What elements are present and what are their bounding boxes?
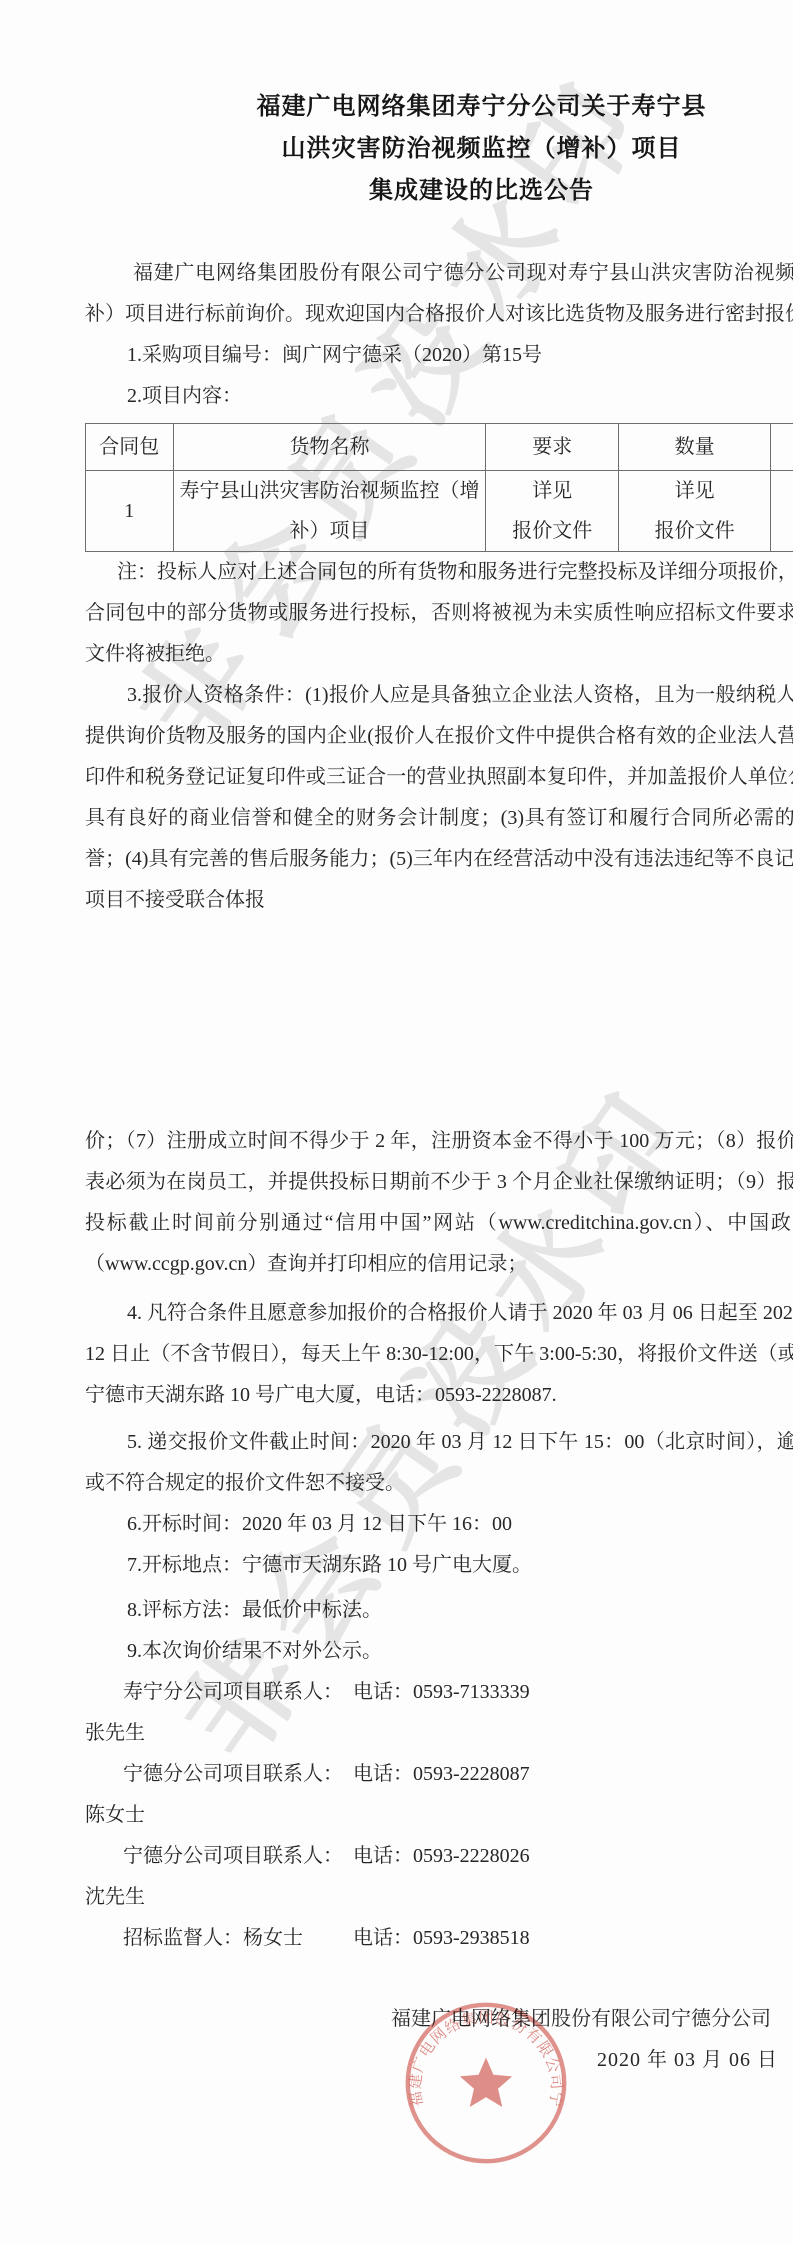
contact-row-ningde-chen: 宁德分公司项目联系人：陈女士 电话：0593-2228087: [85, 1754, 793, 1836]
seal-star-icon: [460, 2058, 512, 2107]
header-contract-package: 合同包: [86, 424, 174, 471]
title-line-2: 山洪灾害防治视频监控（增补）项目: [85, 128, 793, 170]
item-result-publicity: 9.本次询价结果不对外公示。: [85, 1631, 793, 1672]
item-bid-opening-place: 7.开标地点：宁德市天湖东路 10 号广电大厦。: [85, 1545, 793, 1586]
contact-phone: 电话：0593-2228026: [353, 1836, 793, 1918]
cell-quantity: 详见 报价文件: [619, 471, 771, 552]
contact-row-supervisor: 招标监督人：杨女士 电话：0593-2938518: [85, 1918, 793, 1959]
contact-label: 招标监督人：杨女士: [85, 1918, 353, 1959]
contact-phone: 电话：0593-7133339: [353, 1672, 793, 1754]
contact-row-shouning: 寿宁分公司项目联系人：张先生 电话：0593-7133339: [85, 1672, 793, 1754]
company-seal-stamp: 福建广电网络集团股份有限公司宁德分公司: [398, 1995, 574, 2171]
header-quantity: 数量: [619, 424, 771, 471]
contact-phone: 电话：0593-2228087: [353, 1754, 793, 1836]
document-title: 福建广电网络集团寿宁分公司关于寿宁县 山洪灾害防治视频监控（增补）项目 集成建设…: [85, 0, 793, 212]
header-goods-name: 货物名称: [173, 424, 486, 471]
table-note: 注：投标人应对上述合同包的所有货物和服务进行完整投标及详细分项报价，不得仅对合同…: [85, 552, 793, 675]
document-content: 福建广电网络集团寿宁分公司关于寿宁县 山洪灾害防治视频监控（增补）项目 集成建设…: [85, 0, 793, 2081]
project-content-table: 合同包 货物名称 要求 数量 备注 1 寿宁县山洪灾害防治视频监控（增补）项目 …: [85, 423, 793, 552]
document-page: 非会员没水印 非会员没水印 福建广电网络集团寿宁分公司关于寿宁县 山洪灾害防治视…: [0, 0, 793, 2242]
cell-contract-package: 1: [86, 471, 174, 552]
cell-remark: [771, 471, 793, 552]
item-evaluation-method: 8.评标方法：最低价中标法。: [85, 1590, 793, 1631]
contact-row-ningde-shen: 宁德分公司项目联系人：沈先生 电话：0593-2228026: [85, 1836, 793, 1918]
cell-goods-name: 寿宁县山洪灾害防治视频监控（增补）项目: [173, 471, 486, 552]
cell-requirement: 详见 报价文件: [486, 471, 619, 552]
contact-label: 寿宁分公司项目联系人：张先生: [85, 1672, 353, 1754]
contact-label: 宁德分公司项目联系人：陈女士: [85, 1754, 353, 1836]
item-qualifications-part2: 价；（7）注册成立时间不得少于 2 年，注册资本金不得小于 100 万元；（8）…: [85, 1121, 793, 1285]
title-line-3: 集成建设的比选公告: [85, 170, 793, 212]
item-bid-opening-time: 6.开标时间：2020 年 03 月 12 日下午 16：00: [85, 1504, 793, 1545]
header-requirement: 要求: [486, 424, 619, 471]
item-qualifications-part1: 3.报价人资格条件：(1)报价人应是具备独立企业法人资格，且为一般纳税人，有能力…: [85, 675, 793, 921]
contact-list: 寿宁分公司项目联系人：张先生 电话：0593-7133339 宁德分公司项目联系…: [85, 1672, 793, 1959]
item-submission-window: 4. 凡符合条件且愿意参加报价的合格报价人请于 2020 年 03 月 06 日…: [85, 1293, 793, 1416]
item-project-number: 1.采购项目编号：闽广网宁德采（2020）第15号: [85, 335, 793, 376]
contact-label: 宁德分公司项目联系人：沈先生: [85, 1836, 353, 1918]
title-line-1: 福建广电网络集团寿宁分公司关于寿宁县: [85, 86, 793, 128]
item-project-content: 2.项目内容：: [85, 376, 793, 417]
contact-phone: 电话：0593-2938518: [353, 1918, 793, 1959]
intro-paragraph: 福建广电网络集团股份有限公司宁德分公司现对寿宁县山洪灾害防治视频监控（增补）项目…: [85, 253, 793, 335]
table-row: 1 寿宁县山洪灾害防治视频监控（增补）项目 详见 报价文件 详见 报价文件: [86, 471, 793, 552]
header-remark: 备注: [771, 424, 793, 471]
table-header-row: 合同包 货物名称 要求 数量 备注: [86, 424, 793, 471]
item-deadline: 5. 递交报价文件截止时间：2020 年 03 月 12 日下午 15：00（北…: [85, 1422, 793, 1504]
